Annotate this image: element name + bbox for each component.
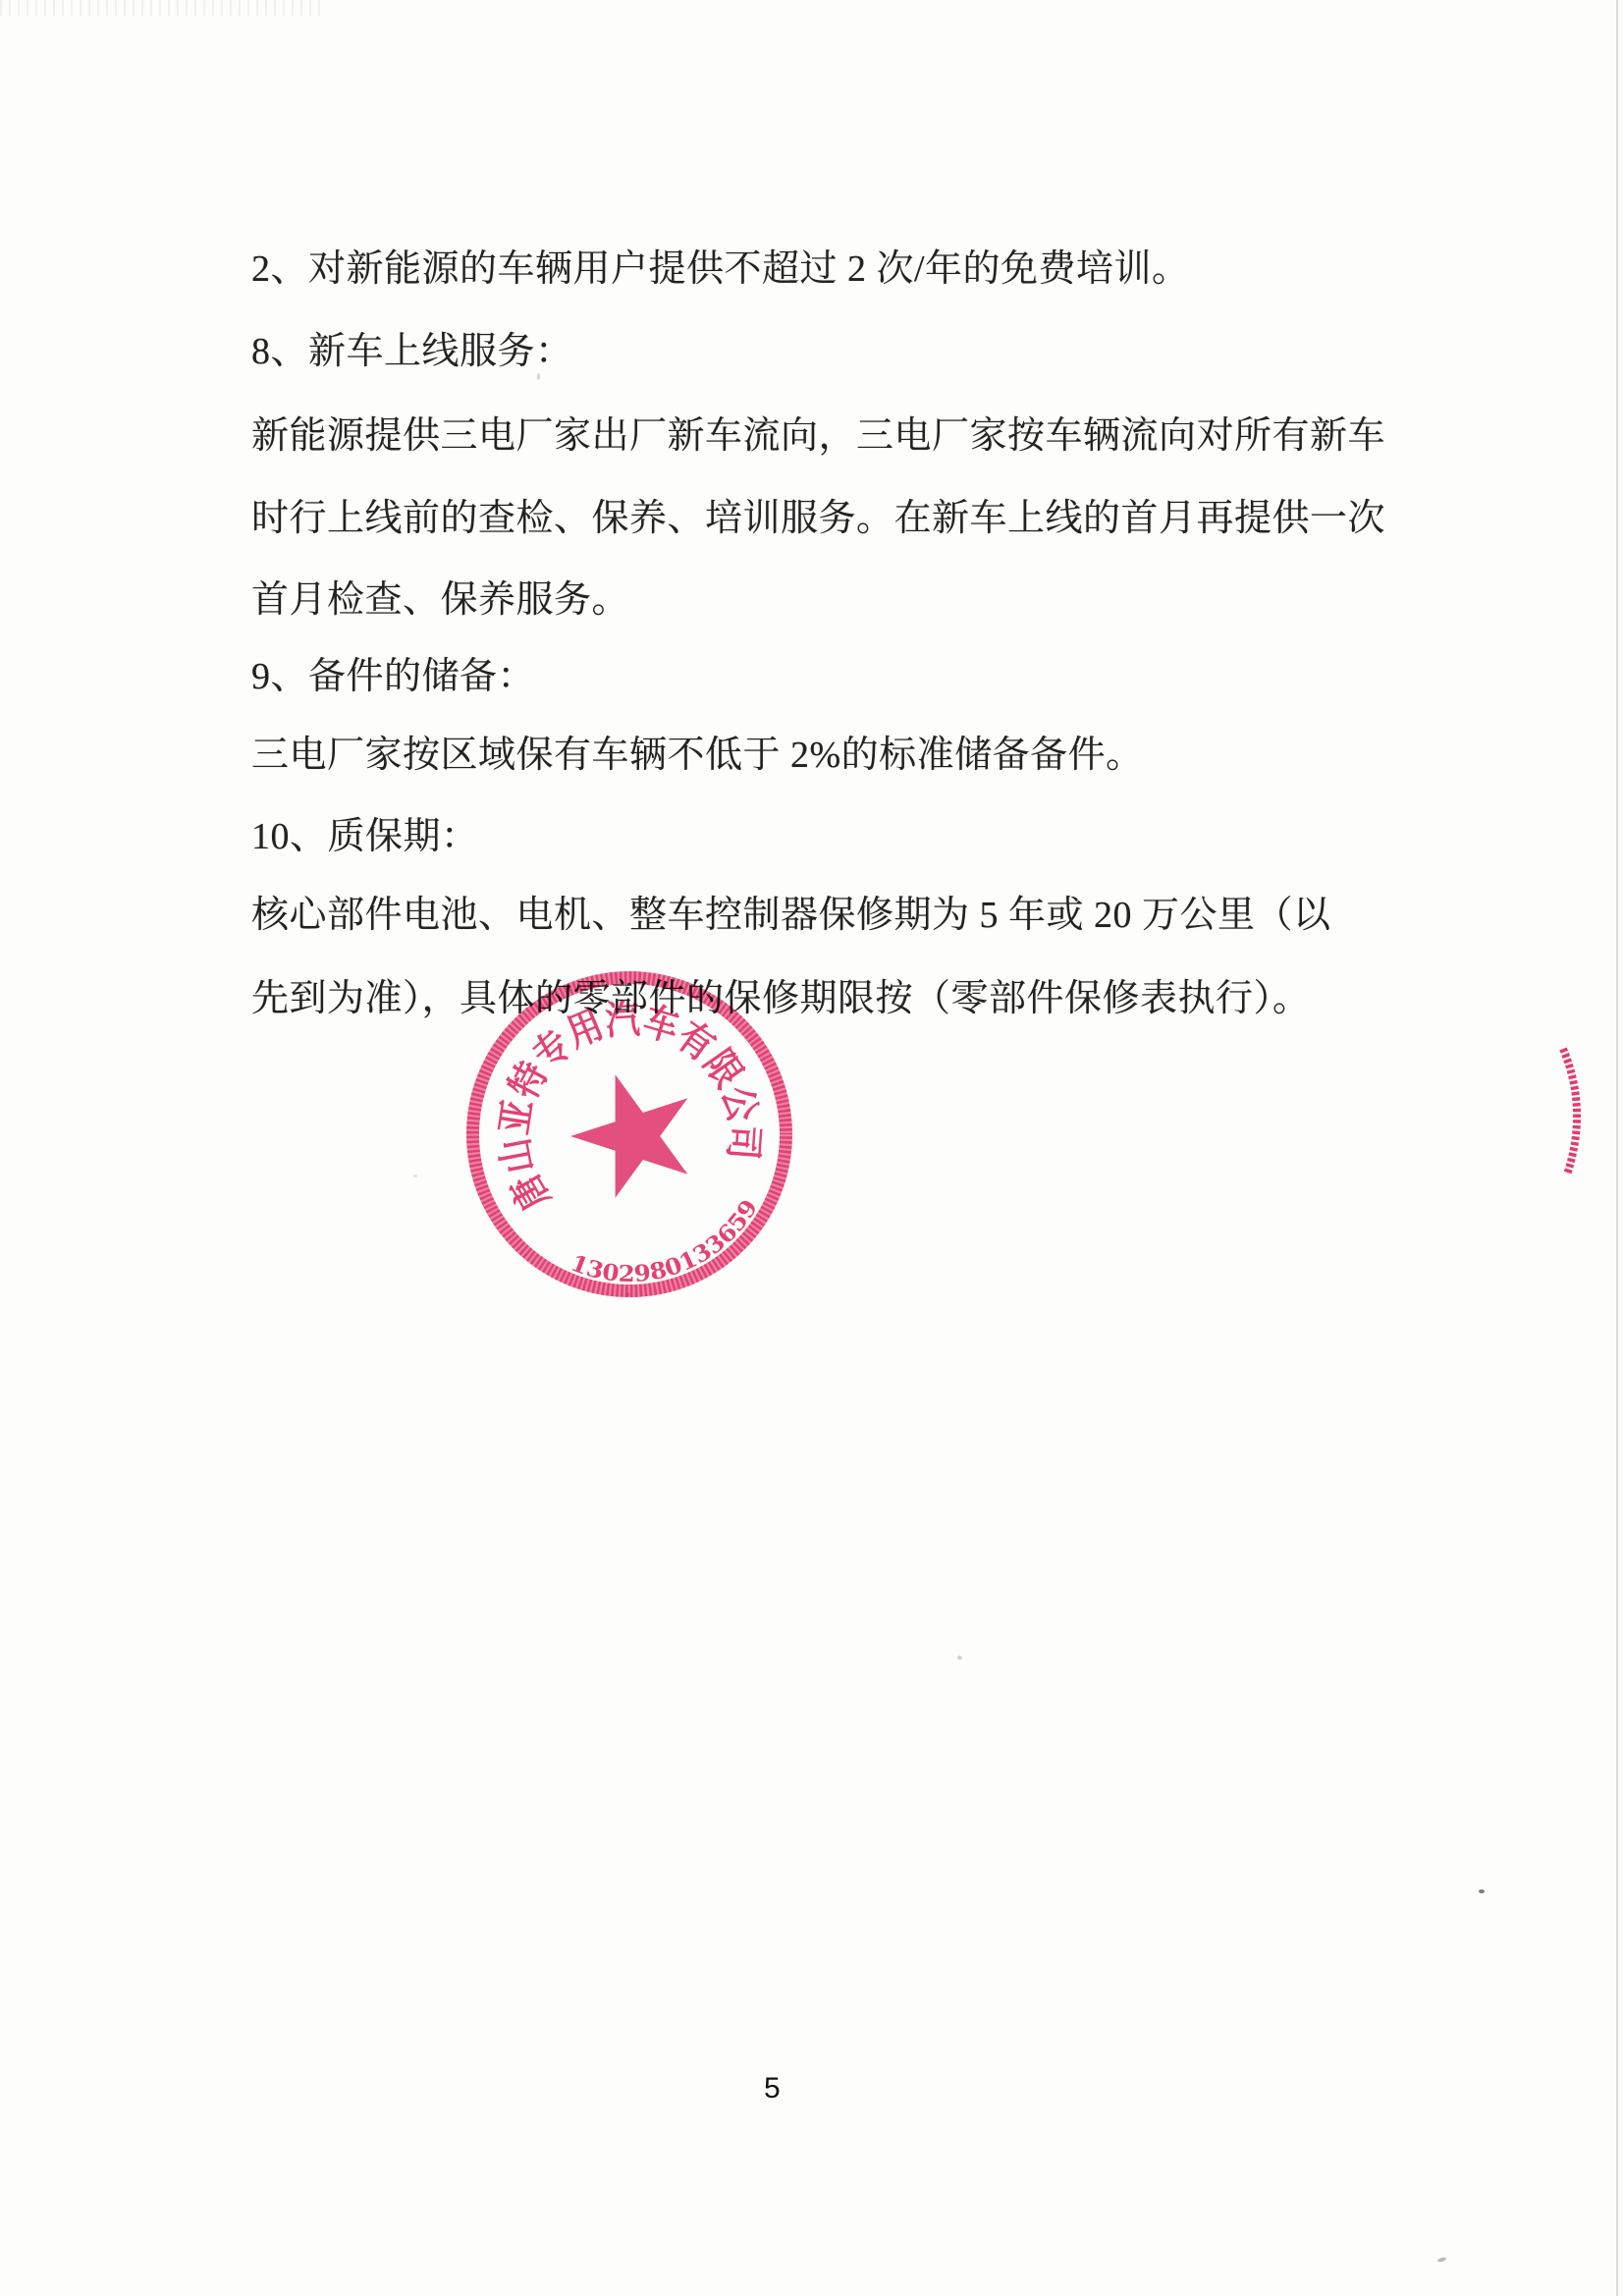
scan-speck bbox=[413, 1175, 417, 1177]
paragraph-warranty-line1: 核心部件电池、电机、整车控制器保修期为 5 年或 20 万公里（以 bbox=[251, 895, 1331, 936]
stamp-edge-fragment bbox=[1549, 1039, 1596, 1184]
scan-speck bbox=[1437, 2257, 1447, 2263]
heading-spare-parts-reserve: 9、备件的储备： bbox=[251, 656, 535, 697]
paragraph-new-vehicle-flow-line2: 时行上线前的查检、保养、培训服务。在新车上线的首月再提供一次 bbox=[251, 498, 1385, 539]
paragraph-free-training: 2、对新能源的车辆用户提供不超过 2 次/年的免费培训。 bbox=[251, 248, 1190, 290]
heading-new-vehicle-online-service: 8、新车上线服务： bbox=[251, 331, 573, 372]
scan-speck bbox=[956, 1655, 962, 1660]
paragraph-new-vehicle-flow-line3: 首月检查、保养服务。 bbox=[251, 579, 629, 621]
scan-speck bbox=[537, 373, 540, 380]
seal-serial-number: 1302980133659 bbox=[568, 1195, 764, 1287]
company-seal-stamp: 唐山亚特专用汽车有限公司 1302980133659 bbox=[462, 967, 796, 1301]
paragraph-spare-parts-reserve: 三电厂家按区域保有车辆不低于 2%的标准储备备件。 bbox=[251, 735, 1144, 776]
scan-speck bbox=[1479, 1889, 1485, 1893]
scan-edge-line bbox=[1616, 0, 1618, 2296]
scan-noise-artifact bbox=[0, 0, 324, 16]
heading-warranty-period: 10、质保期： bbox=[251, 816, 479, 857]
scan-speck bbox=[625, 1292, 629, 1296]
scanned-document-page: 2、对新能源的车辆用户提供不超过 2 次/年的免费培训。 8、新车上线服务： 新… bbox=[0, 0, 1623, 2296]
seal-star-icon bbox=[570, 1074, 687, 1198]
paragraph-new-vehicle-flow-line1: 新能源提供三电厂家出厂新车流向，三电厂家按车辆流向对所有新车 bbox=[251, 415, 1385, 457]
page-number: 5 bbox=[764, 2072, 781, 2105]
